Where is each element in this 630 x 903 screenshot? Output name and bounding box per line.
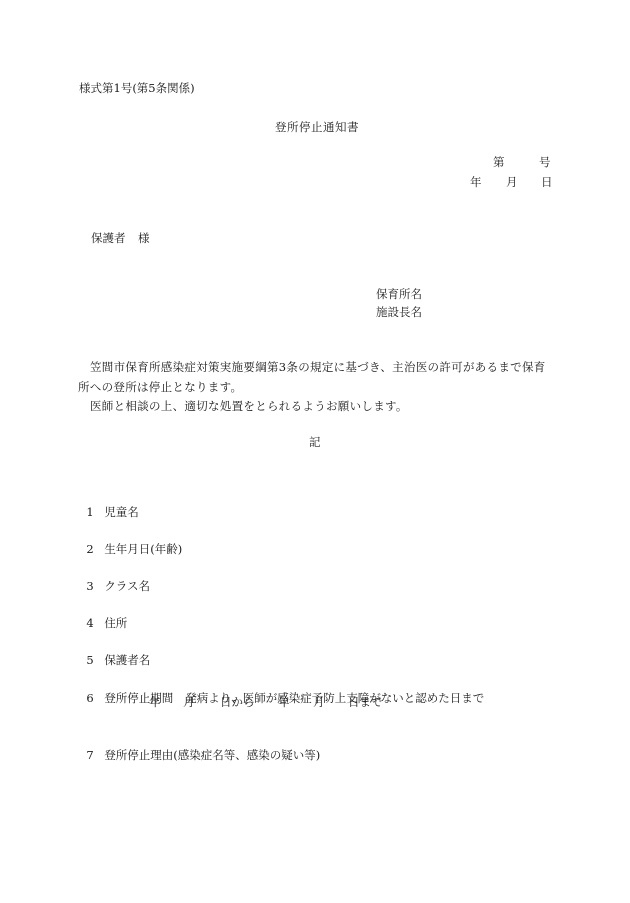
form-number-label: 様式第1号(第5条関係) [79,81,195,95]
date-year-label: 年 [470,175,482,189]
item-number: 4 [86,616,104,630]
item-number: 6 [86,691,104,705]
body-paragraph-2: 医師と相談の上、適切な処置をとられるようお願いします。 [78,397,556,417]
item-number: 2 [86,542,104,556]
item-address: 4住所 [79,602,127,630]
period-from-month: 月 [183,695,195,709]
ki-heading: 記 [309,435,321,449]
director-name-label: 施設長名 [376,305,422,319]
period-to-day: 日まで [348,695,383,709]
period-from-year: 年 [149,695,161,709]
item-child-name: 1児童名 [79,491,139,519]
date-day-label: 日 [541,175,553,189]
item-class-name: 3クラス名 [79,565,150,593]
item-label: 登所停止理由(感染症名等、感染の疑い等) [104,748,320,762]
item-label: 児童名 [104,505,139,519]
item-number: 3 [86,579,104,593]
document-title: 登所停止通知書 [275,120,359,134]
addressee-honorific: 様 [138,231,150,245]
item-birthdate: 2生年月日(年齢) [79,528,182,556]
item-label: 保護者名 [104,653,150,667]
period-to-month: 月 [313,695,325,709]
item-number: 5 [86,653,104,667]
item-label: 住所 [104,616,127,630]
item-guardian-name: 5保護者名 [79,639,150,667]
date-month-label: 月 [506,175,518,189]
item-number: 1 [86,505,104,519]
facility-name-label: 保育所名 [376,287,422,301]
number-suffix: 号 [539,155,551,169]
item-label: 登所停止期間 [104,691,173,705]
number-prefix: 第 [493,155,505,169]
period-to-year: 年 [278,695,290,709]
item-number: 7 [86,748,104,762]
addressee-label: 保護者 [91,231,126,245]
item-suspension-reason: 7登所停止理由(感染症名等、感染の疑い等) [79,734,320,762]
body-paragraph-1: 笠間市保育所感染症対策実施要綱第3条の規定に基づき、主治医の許可があるまで保育所… [78,358,556,397]
item-label: クラス名 [104,579,150,593]
period-from-day: 日から [220,695,255,709]
item-label: 生年月日(年齢) [104,542,182,556]
